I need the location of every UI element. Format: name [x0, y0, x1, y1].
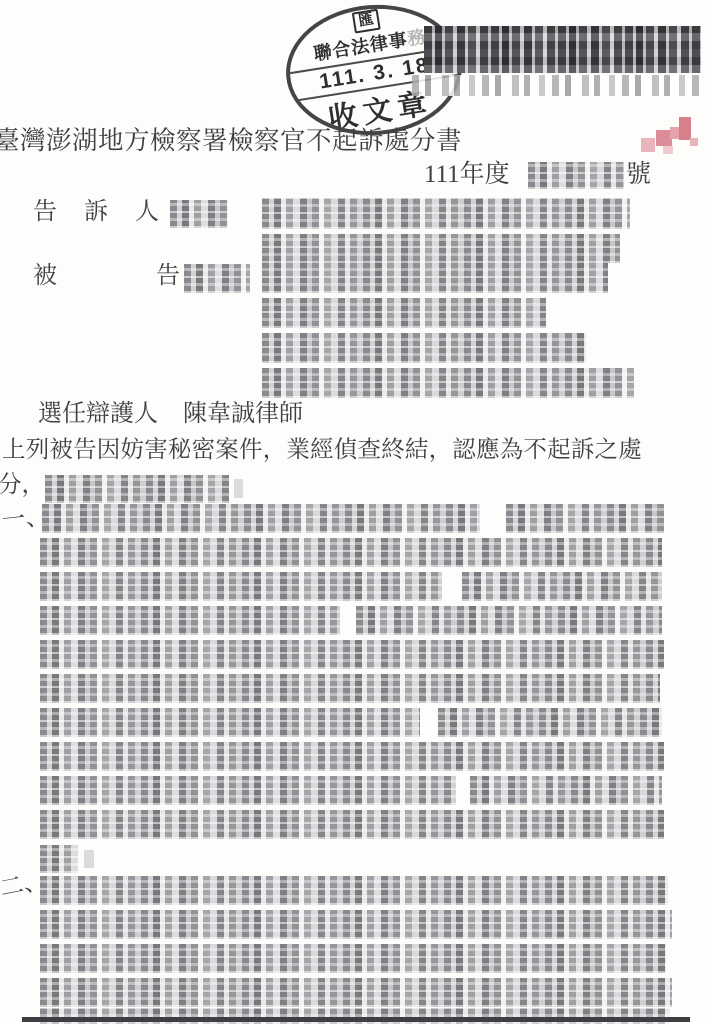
- redacted-case-number: [528, 162, 624, 189]
- redacted-barcode-digits: [412, 75, 701, 96]
- scanned-document-page: 匯 聯合法律事務 111. 3. 18 收文章 臺灣澎湖地方檢察署檢察官不起訴處…: [0, 0, 705, 1024]
- redacted-paragraph-line: [40, 674, 660, 703]
- counsel-line: 選任辯護人陳韋誠律師: [38, 400, 303, 428]
- redacted-paragraph-line: [40, 708, 420, 737]
- redacted-complainant-address: [262, 234, 620, 263]
- redacted-defendant-info: [262, 262, 608, 293]
- redacted-paragraph-line: [40, 606, 340, 635]
- redacted-complainant-address: [262, 198, 630, 229]
- redacted-red-seal: [690, 138, 698, 146]
- case-number-suffix: 號: [626, 160, 651, 190]
- redacted-red-seal: [641, 138, 655, 152]
- counsel-name: 陳韋誠律師: [183, 401, 303, 427]
- redacted-paragraph-line: [40, 978, 672, 1007]
- redacted-defendant-info: [262, 368, 634, 398]
- complainant-label: 告訴人: [33, 198, 186, 226]
- redacted-paragraph-line: [40, 538, 662, 567]
- redacted-paragraph-line: [356, 606, 662, 635]
- redacted-paragraph-line: [40, 910, 672, 939]
- redacted-intro-text: [45, 475, 229, 503]
- redacted-paragraph-line: [40, 876, 668, 905]
- redacted-paragraph-line: [40, 640, 664, 669]
- redacted-defendant-info: [262, 333, 586, 363]
- redacted-paragraph-line: [40, 944, 666, 973]
- redacted-red-seal: [679, 117, 691, 140]
- redacted-paragraph-line: [506, 504, 664, 533]
- redacted-paragraph-line: [40, 776, 456, 805]
- page-bottom-scan-line: [22, 1017, 690, 1022]
- redacted-paragraph-line: [40, 742, 664, 771]
- redacted-barcode: [424, 26, 701, 73]
- redacted-complainant-name: [170, 200, 228, 228]
- intro-line-1: 上列被告因妨害秘密案件，業經偵查終結，認應為不起訴之處: [2, 437, 642, 465]
- redacted-paragraph-line: [470, 776, 662, 805]
- redacted-intro-text: [234, 479, 243, 498]
- intro-line-2-prefix: 分，: [0, 472, 45, 500]
- redacted-paragraph-line: [40, 572, 442, 601]
- redacted-defendant-name: [184, 264, 250, 293]
- redacted-paragraph-line: [462, 572, 662, 601]
- redacted-red-seal: [663, 146, 673, 154]
- redacted-defendant-info: [262, 298, 546, 328]
- redacted-paragraph-line: [42, 504, 480, 533]
- redacted-paragraph-line: [40, 845, 78, 873]
- document-title: 臺灣澎湖地方檢察署檢察官不起訴處分書: [0, 126, 462, 156]
- counsel-label: 選任辯護人: [38, 401, 158, 427]
- redacted-paragraph-line: [438, 708, 662, 737]
- redacted-paragraph-line: [40, 810, 664, 839]
- case-number-prefix: 111年度: [424, 160, 510, 190]
- redacted-paragraph-line: [84, 850, 94, 868]
